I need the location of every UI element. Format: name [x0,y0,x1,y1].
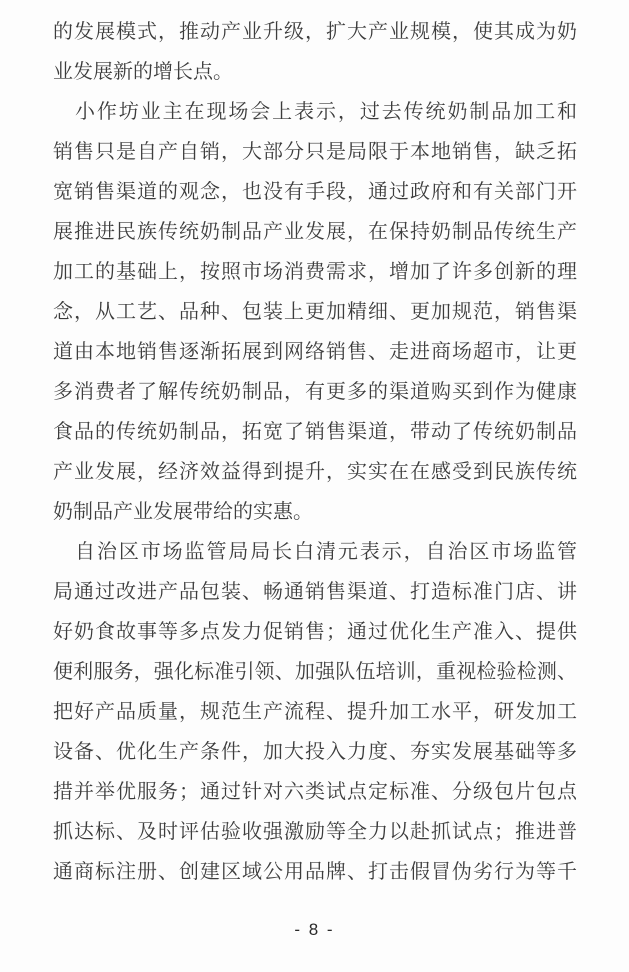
text-line: 销售只是自产自销，大部分只是局限于本地销售，缺乏拓 [53,132,577,172]
document-page: 的发展模式，推动产业升级，扩大产业规模，使其成为奶业发展新的增长点。小作坊业主在… [0,0,629,972]
page-number: - 8 - [294,920,334,939]
paragraph: 自治区市场监管局局长白清元表示，自治区市场监管局通过改进产品包装、畅通销售渠道、… [53,532,577,892]
text-line: 展推进民族传统奶制品产业发展，在保持奶制品传统生产 [53,212,577,252]
text-line: 业发展新的增长点。 [53,52,577,92]
text-line: 多消费者了解传统奶制品，有更多的渠道购买到作为健康 [53,372,577,412]
text-line: 念，从工艺、品种、包装上更加精细、更加规范，销售渠 [53,292,577,332]
text-line: 便利服务，强化标准引领、加强队伍培训，重视检验检测、 [53,652,577,692]
text-line: 好奶食故事等多点发力促销售；通过优化生产准入、提供 [53,612,577,652]
paragraph: 小作坊业主在现场会上表示，过去传统奶制品加工和销售只是自产自销，大部分只是局限于… [53,92,577,532]
paragraph: 的发展模式，推动产业升级，扩大产业规模，使其成为奶业发展新的增长点。 [53,12,577,92]
text-line: 小作坊业主在现场会上表示，过去传统奶制品加工和 [53,92,577,132]
text-line: 道由本地销售逐渐拓展到网络销售、走进商场超市，让更 [53,332,577,372]
text-line: 加工的基础上，按照市场消费需求，增加了许多创新的理 [53,252,577,292]
text-line: 食品的传统奶制品，拓宽了销售渠道，带动了传统奶制品 [53,412,577,452]
text-line: 自治区市场监管局局长白清元表示，自治区市场监管 [53,532,577,572]
text-line: 的发展模式，推动产业升级，扩大产业规模，使其成为奶 [53,12,577,52]
text-line: 奶制品产业发展带给的实惠。 [53,492,577,532]
text-line: 措并举优服务；通过针对六类试点定标准、分级包片包点 [53,772,577,812]
text-line: 产业发展，经济效益得到提升，实实在在感受到民族传统 [53,452,577,492]
text-line: 设备、优化生产条件，加大投入力度、夯实发展基础等多 [53,732,577,772]
text-line: 抓达标、及时评估验收强激励等全力以赴抓试点；推进普 [53,812,577,852]
text-line: 局通过改进产品包装、畅通销售渠道、打造标准门店、讲 [53,572,577,612]
text-line: 通商标注册、创建区域公用品牌、打击假冒伪劣行为等千 [53,852,577,892]
text-line: 把好产品质量，规范生产流程、提升加工水平，研发加工 [53,692,577,732]
text-line: 宽销售渠道的观念，也没有手段，通过政府和有关部门开 [53,172,577,212]
page-footer: - 8 - [0,920,629,954]
page-body: 的发展模式，推动产业升级，扩大产业规模，使其成为奶业发展新的增长点。小作坊业主在… [53,12,577,892]
